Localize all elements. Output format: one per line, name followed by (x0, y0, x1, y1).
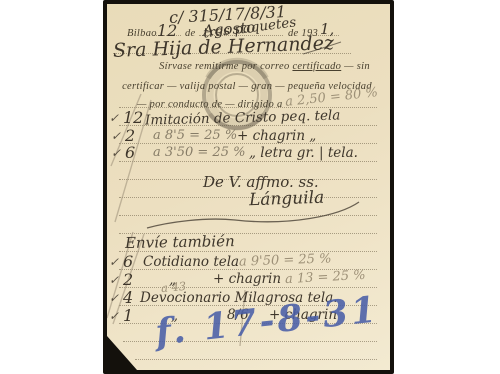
printed-line-1-post: — sin (341, 61, 370, 72)
item-qty: 2 (123, 270, 133, 289)
item-text: „ letra gr. | tela. (249, 145, 358, 161)
item-qty: 12 (123, 108, 143, 127)
item-price-faded: a 8'5 = 25 % (153, 128, 237, 143)
item-qty: 1 (123, 306, 133, 325)
checkmark: ✓ (111, 129, 121, 143)
item-qty: 4 (123, 288, 133, 307)
item-qty: 6 (123, 252, 133, 271)
city-label: Bilbao (127, 28, 157, 39)
postcard-photo: c/ 315/17/8/31 tres paquetes Bilbao 12 d… (103, 0, 394, 374)
checkmark: ✓ (111, 146, 121, 160)
item-price-pencil: a 9'50 = 25 % (239, 251, 332, 269)
ruled-line (119, 215, 377, 216)
item-text: + chagrin (213, 271, 281, 287)
checkmark: ✓ (109, 291, 119, 305)
printed-line-1-underlined: certificado (292, 61, 341, 72)
postcard: c/ 315/17/8/31 tres paquetes Bilbao 12 d… (107, 4, 390, 370)
item-price-pencil: a 13 = 25 % (285, 268, 366, 287)
checkmark: ✓ (109, 273, 119, 287)
ruled-line (119, 161, 377, 162)
ruled-line (135, 359, 377, 360)
checkmark: ✓ (109, 309, 119, 323)
printed-line-1-pre: Sírvase remitirme por correo (159, 61, 292, 72)
item-price-faded: a 3'50 = 25 % (153, 145, 245, 160)
signature: Lánguila (249, 188, 325, 211)
addendum-title: Envíe también (125, 232, 235, 252)
ruled-line (119, 287, 377, 288)
item-qty: 6 (125, 143, 135, 162)
item-text: + chagrin „ (237, 128, 316, 144)
item-text: Cotidiano tela (143, 254, 239, 270)
printed-line-3: — por conducto de — dirigido a (137, 99, 283, 110)
scan-page: c/ 315/17/8/31 tres paquetes Bilbao 12 d… (0, 0, 500, 374)
checkmark: ✓ (109, 255, 119, 269)
printed-line-1: Sírvase remitirme por correo certificado… (147, 61, 382, 72)
checkmark: ✓ (109, 111, 119, 125)
